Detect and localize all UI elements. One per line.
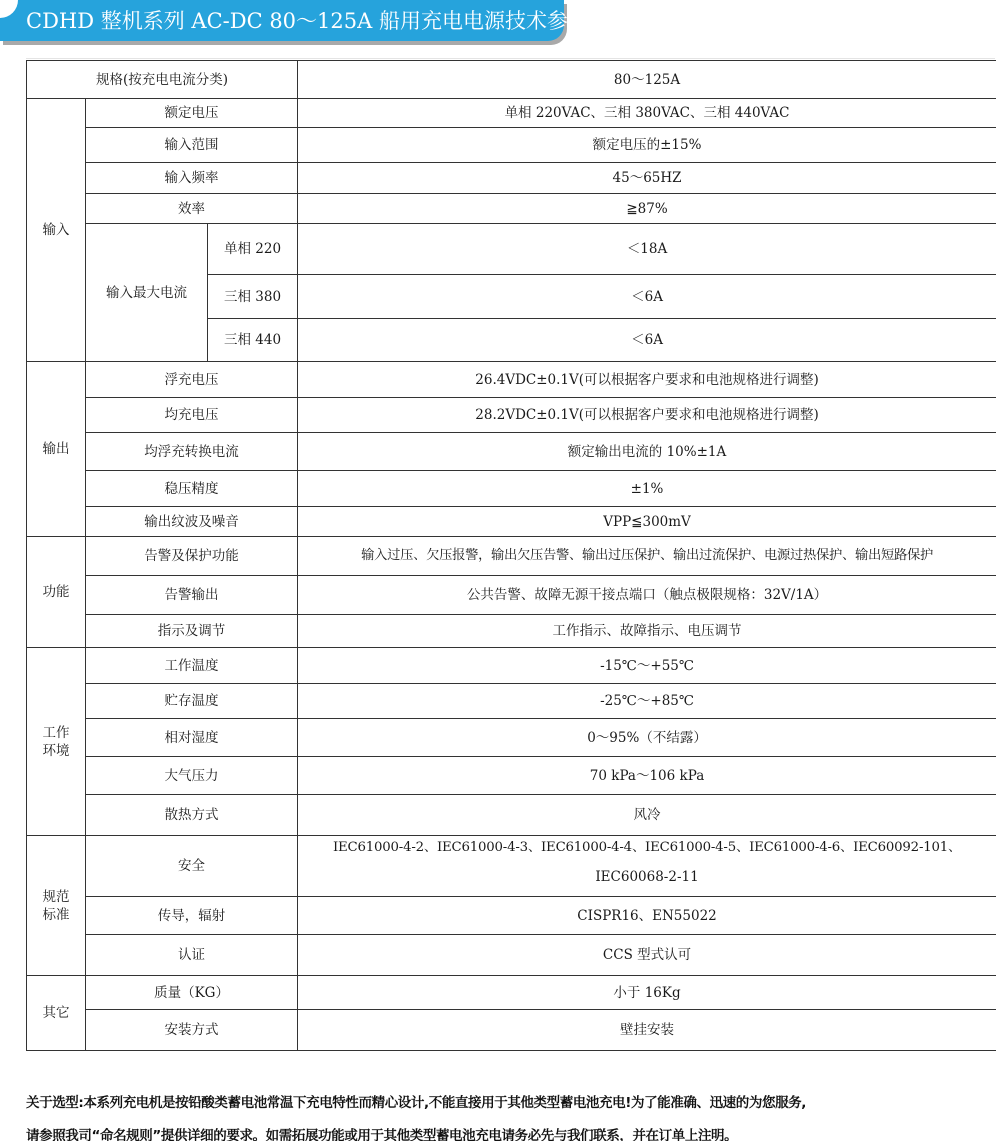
category-other: 其它 bbox=[27, 976, 86, 1051]
row-value: -25℃～+85℃ bbox=[298, 684, 996, 719]
row-label: 质量（KG） bbox=[86, 976, 298, 1010]
spec-label: 规格(按充电电流分类) bbox=[27, 61, 298, 99]
table-row: 传导，辐射 CISPR16、EN55022 bbox=[27, 897, 996, 935]
table-row: 散热方式 风冷 bbox=[27, 795, 996, 836]
table-row: 规范 标准 安全 IEC61000-4-2、IEC61000-4-3、IEC61… bbox=[27, 836, 996, 897]
row-value: 70 kPa～106 kPa bbox=[298, 757, 996, 795]
category-line: 工作 bbox=[29, 724, 83, 742]
table-row: 均充电压 28.2VDC±0.1V(可以根据客户要求和电池规格进行调整) bbox=[27, 398, 996, 433]
row-label: 传导，辐射 bbox=[86, 897, 298, 935]
row-label: 浮充电压 bbox=[86, 362, 298, 398]
table-row: 输出纹波及噪音 VPP≦300mV bbox=[27, 507, 996, 537]
table-row: 认证 CCS 型式认可 bbox=[27, 935, 996, 976]
row-label: 告警及保护功能 bbox=[86, 537, 298, 576]
row-value: 壁挂安装 bbox=[298, 1010, 996, 1051]
row-value: 额定电压的±15% bbox=[298, 128, 996, 163]
table-row: 效率 ≧87% bbox=[27, 194, 996, 224]
row-value: IEC61000-4-2、IEC61000-4-3、IEC61000-4-4、I… bbox=[298, 836, 996, 897]
row-label: 工作温度 bbox=[86, 648, 298, 684]
table-row: 其它 质量（KG） 小于 16Kg bbox=[27, 976, 996, 1010]
table-row: 贮存温度 -25℃～+85℃ bbox=[27, 684, 996, 719]
table-row: 大气压力 70 kPa～106 kPa bbox=[27, 757, 996, 795]
row-value: ＜6A bbox=[298, 275, 996, 319]
row-label: 大气压力 bbox=[86, 757, 298, 795]
row-label: 均浮充转换电流 bbox=[86, 433, 298, 471]
row-label: 散热方式 bbox=[86, 795, 298, 836]
row-value: ＜6A bbox=[298, 319, 996, 362]
row-value: 输入过压、欠压报警，输出欠压告警、输出过压保护、输出过流保护、电源过热保护、输出… bbox=[298, 537, 996, 576]
table-row: 输出 浮充电压 26.4VDC±0.1V(可以根据客户要求和电池规格进行调整) bbox=[27, 362, 996, 398]
page-title: CDHD 整机系列 AC-DC 80～125A 船用充电电源技术参数 bbox=[26, 6, 589, 36]
table-row: 告警输出 公共告警、故障无源干接点端口（触点极限规格：32V/1A） bbox=[27, 576, 996, 615]
row-label: 输入频率 bbox=[86, 163, 298, 194]
category-standards: 规范 标准 bbox=[27, 836, 86, 976]
divider bbox=[26, 58, 995, 59]
row-label: 告警输出 bbox=[86, 576, 298, 615]
sub-row-label: 三相 440 bbox=[208, 319, 298, 362]
max-current-label: 输入最大电流 bbox=[86, 224, 208, 362]
table-row: 指示及调节 工作指示、故障指示、电压调节 bbox=[27, 615, 996, 648]
row-value: 28.2VDC±0.1V(可以根据客户要求和电池规格进行调整) bbox=[298, 398, 996, 433]
row-value: ＜18A bbox=[298, 224, 996, 275]
category-output: 输出 bbox=[27, 362, 86, 537]
table-row: 输入 额定电压 单相 220VAC、三相 380VAC、三相 440VAC bbox=[27, 99, 996, 128]
category-line: 规范 bbox=[29, 888, 83, 906]
row-label: 安装方式 bbox=[86, 1010, 298, 1051]
spec-table: 规格(按充电电流分类) 80～125A 输入 额定电压 单相 220VAC、三相… bbox=[26, 60, 996, 1051]
table-row: 稳压精度 ±1% bbox=[27, 471, 996, 507]
row-value: ±1% bbox=[298, 471, 996, 507]
spec-value: 80～125A bbox=[298, 61, 996, 99]
category-line: 环境 bbox=[29, 742, 83, 760]
row-value: 额定输出电流的 10%±1A bbox=[298, 433, 996, 471]
row-label: 输出纹波及噪音 bbox=[86, 507, 298, 537]
sub-row-label: 三相 380 bbox=[208, 275, 298, 319]
category-line: 标准 bbox=[29, 906, 83, 924]
row-label: 效率 bbox=[86, 194, 298, 224]
row-label: 稳压精度 bbox=[86, 471, 298, 507]
value-line: IEC61000-4-2、IEC61000-4-3、IEC61000-4-4、I… bbox=[300, 837, 994, 859]
row-label: 相对湿度 bbox=[86, 719, 298, 757]
row-value: VPP≦300mV bbox=[298, 507, 996, 537]
row-label: 额定电压 bbox=[86, 99, 298, 128]
sub-row-label: 单相 220 bbox=[208, 224, 298, 275]
selection-note-line1: 关于选型:本系列充电机是按铅酸类蓄电池常温下充电特性而精心设计,不能直接用于其他… bbox=[26, 1091, 986, 1111]
table-row: 功能 告警及保护功能 输入过压、欠压报警，输出欠压告警、输出过压保护、输出过流保… bbox=[27, 537, 996, 576]
table-row-spec: 规格(按充电电流分类) 80～125A bbox=[27, 61, 996, 99]
row-value: 单相 220VAC、三相 380VAC、三相 440VAC bbox=[298, 99, 996, 128]
row-value: 0～95%（不结露） bbox=[298, 719, 996, 757]
row-value: 26.4VDC±0.1V(可以根据客户要求和电池规格进行调整) bbox=[298, 362, 996, 398]
row-label: 认证 bbox=[86, 935, 298, 976]
table-row: 安装方式 壁挂安装 bbox=[27, 1010, 996, 1051]
category-input: 输入 bbox=[27, 99, 86, 362]
row-label: 均充电压 bbox=[86, 398, 298, 433]
row-label: 输入范围 bbox=[86, 128, 298, 163]
row-value: ≧87% bbox=[298, 194, 996, 224]
row-value: 小于 16Kg bbox=[298, 976, 996, 1010]
table-row: 均浮充转换电流 额定输出电流的 10%±1A bbox=[27, 433, 996, 471]
category-environment: 工作 环境 bbox=[27, 648, 86, 836]
selection-note-line2: 请参照我司“命名规则”提供详细的要求。如需拓展功能或用于其他类型蓄电池充电请务必… bbox=[26, 1124, 986, 1141]
row-value: CCS 型式认可 bbox=[298, 935, 996, 976]
row-value: 45～65HZ bbox=[298, 163, 996, 194]
row-value: 公共告警、故障无源干接点端口（触点极限规格：32V/1A） bbox=[298, 576, 996, 615]
row-value: CISPR16、EN55022 bbox=[298, 897, 996, 935]
value-line: IEC60068-2-11 bbox=[300, 859, 994, 895]
row-label: 贮存温度 bbox=[86, 684, 298, 719]
row-value: 风冷 bbox=[298, 795, 996, 836]
row-label: 安全 bbox=[86, 836, 298, 897]
table-row: 输入频率 45～65HZ bbox=[27, 163, 996, 194]
table-row: 输入最大电流 单相 220 ＜18A bbox=[27, 224, 996, 275]
table-row: 输入范围 额定电压的±15% bbox=[27, 128, 996, 163]
table-row: 工作 环境 工作温度 -15℃～+55℃ bbox=[27, 648, 996, 684]
row-label: 指示及调节 bbox=[86, 615, 298, 648]
table-row: 相对湿度 0～95%（不结露） bbox=[27, 719, 996, 757]
title-banner: CDHD 整机系列 AC-DC 80～125A 船用充电电源技术参数 bbox=[0, 0, 564, 41]
row-value: -15℃～+55℃ bbox=[298, 648, 996, 684]
category-function: 功能 bbox=[27, 537, 86, 648]
row-value: 工作指示、故障指示、电压调节 bbox=[298, 615, 996, 648]
